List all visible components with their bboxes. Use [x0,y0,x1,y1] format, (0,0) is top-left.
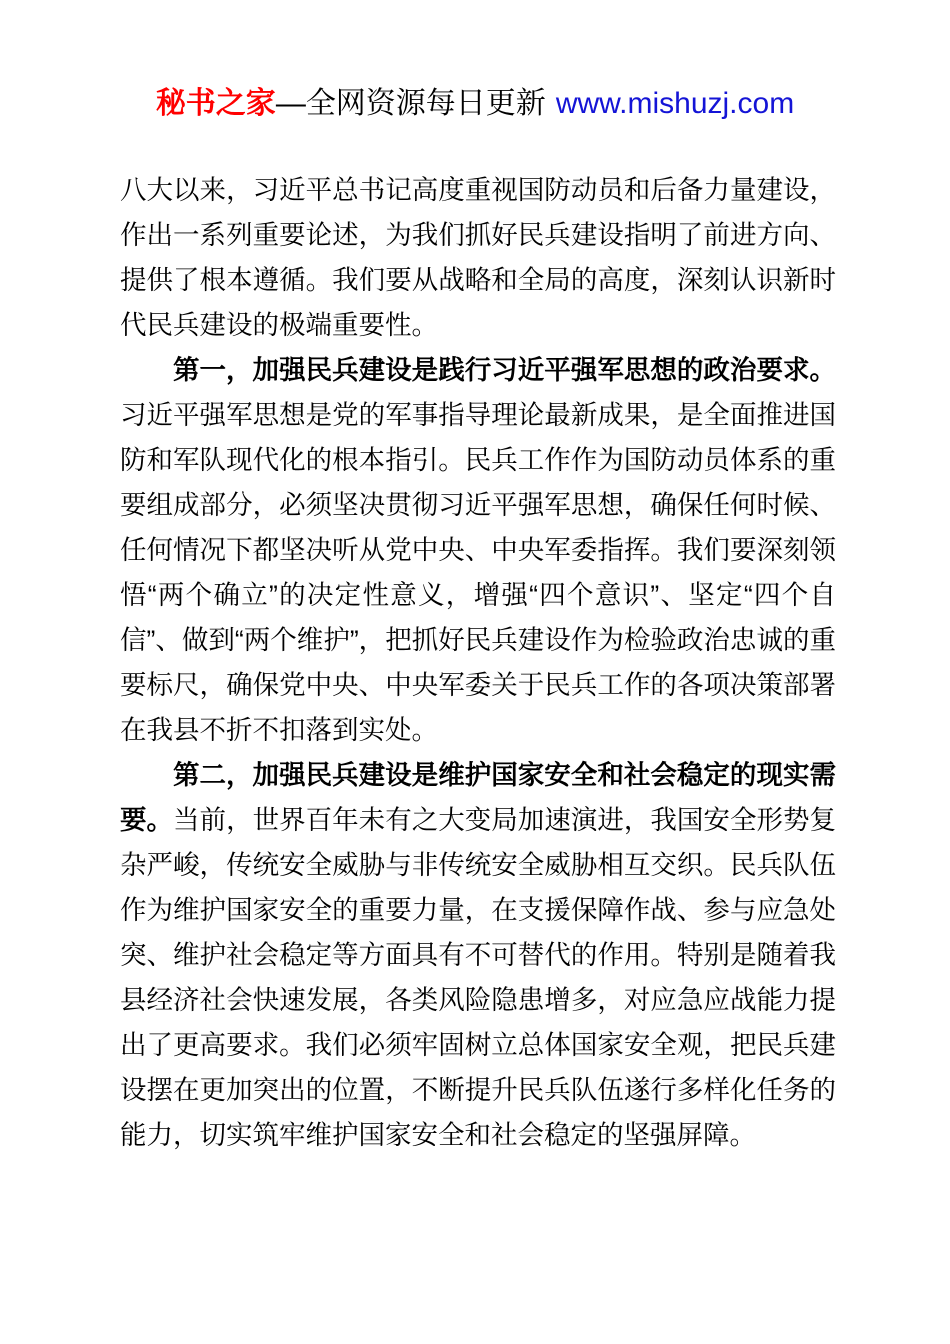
paragraph-text: 当前，世界百年未有之大变局加速演进，我国安全形势复杂严峻，传统安全威胁与非传统安… [120,805,836,1150]
paragraph: 八大以来，习近平总书记高度重视国防动员和后备力量建设，作出一系列重要论述，为我们… [120,168,836,348]
page-header: 秘书之家—全网资源每日更新www.mishuzj.com [0,84,950,124]
paragraph-text: 八大以来，习近平总书记高度重视国防动员和后备力量建设，作出一系列重要论述，为我们… [120,175,836,340]
paragraph-lead: 第一，加强民兵建设是践行习近平强军思想的政治要求。 [173,355,836,385]
site-url-link[interactable]: www.mishuzj.com [556,87,794,120]
document-page: 秘书之家—全网资源每日更新www.mishuzj.com 八大以来，习近平总书记… [0,0,950,1344]
paragraph-text: 习近平强军思想是党的军事指导理论最新成果，是全面推进国防和军队现代化的根本指引。… [120,400,836,745]
brand-name: 秘书之家 [156,87,276,120]
header-dash: — [276,87,306,120]
header-tagline: 全网资源每日更新 [306,87,546,120]
document-body: 八大以来，习近平总书记高度重视国防动员和后备力量建设，作出一系列重要论述，为我们… [120,168,836,1158]
paragraph: 第二，加强民兵建设是维护国家安全和社会稳定的现实需要。当前，世界百年未有之大变局… [120,753,836,1158]
paragraph: 第一，加强民兵建设是践行习近平强军思想的政治要求。习近平强军思想是党的军事指导理… [120,348,836,753]
